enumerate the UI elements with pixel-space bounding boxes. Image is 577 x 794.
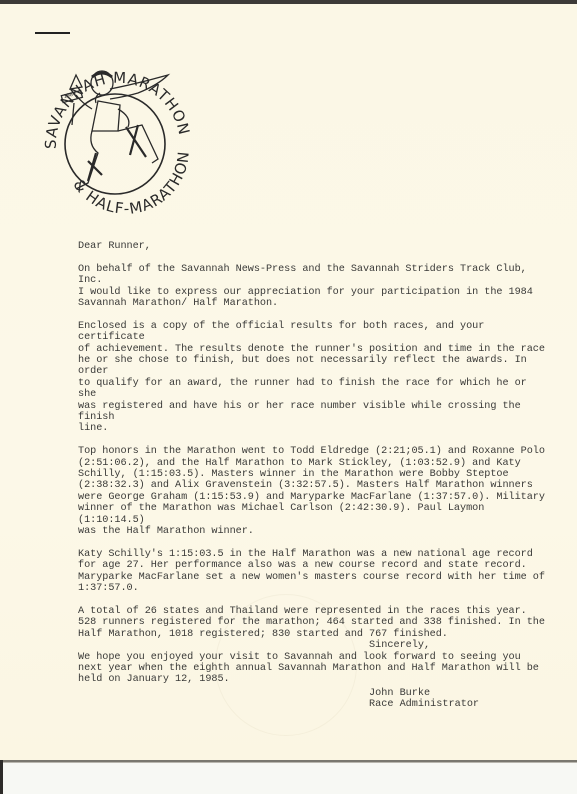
paragraph-records: Katy Schilly's 1:15:03.5 in the Half Mar… [78,549,548,595]
paragraph-appreciation: On behalf of the Savannah News-Press and… [78,264,548,310]
logo-bottom-text: & HALF-MARATHON [70,150,193,218]
closing: Sincerely, [369,640,430,651]
paragraph-participation: A total of 26 states and Thailand were r… [78,606,548,640]
letter-page: SAVANNAH MARATHON & HALF-MARATHON 1984 D… [0,4,577,762]
paragraph-next-year: We hope you enjoyed your visit to Savann… [78,652,548,686]
signature-block: John Burke Race Administrator [369,688,479,711]
corner-mark [35,32,70,34]
paragraph-top-honors: Top honors in the Marathon went to Todd … [78,446,548,537]
paragraph-enclosed-results: Enclosed is a copy of the official resul… [78,321,548,435]
savannah-marathon-logo: SAVANNAH MARATHON & HALF-MARATHON 1984 [30,49,200,224]
logo-top-text: SAVANNAH MARATHON [42,69,194,149]
scan-left-edge [0,760,3,794]
greeting: Dear Runner, [78,241,548,252]
signer-title: Race Administrator [369,699,479,710]
letter-body: Dear Runner, On behalf of the Savannah N… [78,241,548,697]
signer-name: John Burke [369,688,479,699]
